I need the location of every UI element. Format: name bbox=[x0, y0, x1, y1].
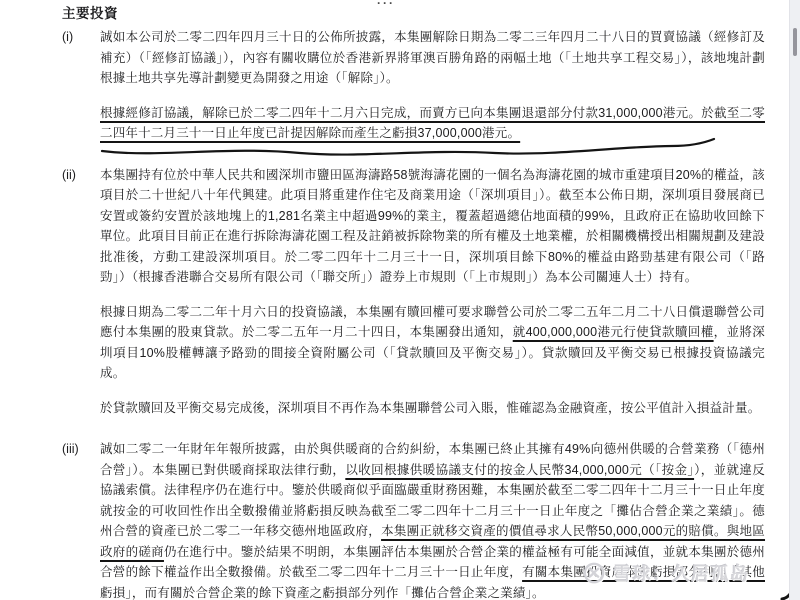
text-segment: 本集團持有位於中華人民共和國深圳市鹽田區海濤路58號海濤花園的一個名為海濤花園的… bbox=[100, 168, 765, 285]
watermark: 雪球：久居孤岛 bbox=[583, 560, 750, 586]
underlined-text: 就400,000,000港元行使貸款贖回權 bbox=[513, 325, 714, 339]
paragraph: 根據日期為二零二二年十月六日的投資協議，本集團有贖回權可要求聯營公司於二零二五年… bbox=[100, 302, 765, 384]
watermark-text: 雪球：久居孤岛 bbox=[613, 560, 750, 586]
text-segment: 誠如本公司於二零二四年四月三十日的公佈所披露，本集團解除日期為二零二三年四月二十… bbox=[100, 30, 765, 85]
list-item: (ii)本集團持有位於中華人民共和國深圳市鹽田區海濤路58號海濤花園的一個名為海… bbox=[0, 165, 765, 419]
document-sections: (i)誠如本公司於二零二四年四月三十日的公佈所披露，本集團解除日期為二零二三年四… bbox=[0, 27, 765, 600]
underlined-text: 以收回根據供暖協議支付的按金人民幣34,000,000元（「按金」 bbox=[345, 463, 694, 477]
paragraph: 誠如本公司於二零二四年四月三十日的公佈所披露，本集團解除日期為二零二三年四月二十… bbox=[100, 27, 765, 89]
list-marker: (iii) bbox=[62, 439, 79, 460]
list-marker: (i) bbox=[62, 27, 73, 48]
page-title: 主要投資 bbox=[62, 2, 118, 22]
scrollbar-thumb[interactable] bbox=[793, 28, 797, 56]
paragraph: 本集團持有位於中華人民共和國深圳市鹽田區海濤路58號海濤花園的一個名為海濤花園的… bbox=[100, 165, 765, 288]
scrollbar-track[interactable] bbox=[789, 0, 800, 600]
more-indicator[interactable]: ··· bbox=[377, 0, 395, 10]
underlined-text: 根據經修訂協議，解除已於二零二四年十二月六日完成，而賣方已向本集團退還部分付款3… bbox=[100, 106, 765, 141]
paragraph: 根據經修訂協議，解除已於二零二四年十二月六日完成，而賣方已向本集團退還部分付款3… bbox=[100, 103, 765, 144]
list-marker: (ii) bbox=[62, 165, 76, 186]
paragraph: 於貸款贖回及平衡交易完成後，深圳項目不再作為本集團聯營公司入賬，惟確認為金融資產… bbox=[100, 398, 765, 419]
document-page: ··· 主要投資 (i)誠如本公司於二零二四年四月三十日的公佈所披露，本集團解除… bbox=[0, 0, 800, 600]
xueqiu-logo-icon bbox=[583, 562, 605, 584]
list-item: (i)誠如本公司於二零二四年四月三十日的公佈所披露，本集團解除日期為二零二三年四… bbox=[0, 27, 765, 144]
text-segment: 於貸款贖回及平衡交易完成後，深圳項目不再作為本集團聯營公司入賬，惟確認為金融資產… bbox=[100, 401, 760, 415]
